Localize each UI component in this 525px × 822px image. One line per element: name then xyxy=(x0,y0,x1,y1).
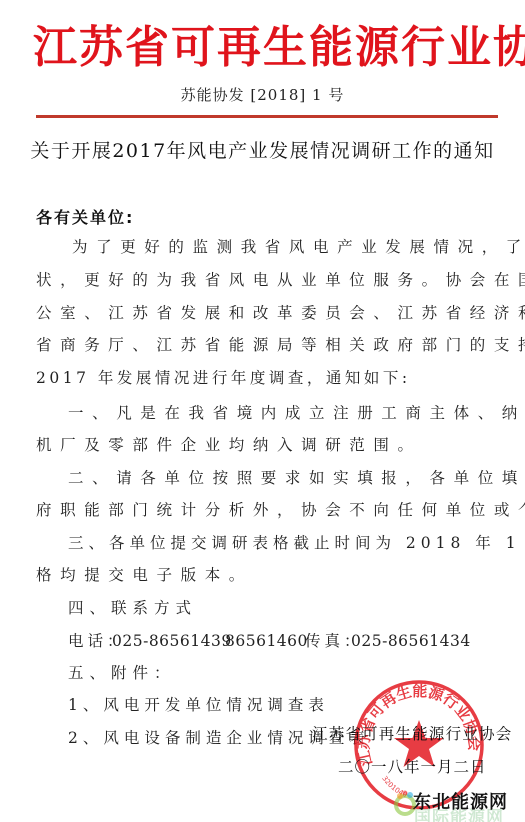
signature-org: 江苏省可再生能源行业协会 xyxy=(312,724,512,744)
body-line: 二、请各单位按照要求如实填报，各单位填报的数据除供有关政 xyxy=(68,468,525,488)
org-letterhead-title: 江苏省可再生能源行业协会 xyxy=(33,22,503,74)
signature-date: 二〇一八年一月二日 xyxy=(338,757,487,777)
document-number: 苏能协发 [2018] 1 号 xyxy=(0,86,525,104)
contact-heading: 四、联系方式 xyxy=(68,598,197,618)
body-line: 状，更好的为我省风电从业单位服务。协会在国家能源局江苏监管办 xyxy=(36,270,525,290)
body-line: 省商务厅、江苏省能源局等相关政府部门的支持下，对全省风电产业 xyxy=(36,335,525,355)
attachment-item: 1、风电开发单位情况调查表 xyxy=(68,695,329,715)
watermark-text: 东北能源网 xyxy=(413,788,508,814)
document-subject: 关于开展2017年风电产业发展情况调研工作的通知 xyxy=(0,139,525,163)
letterhead-divider xyxy=(36,115,498,118)
salutation: 各有关单位: xyxy=(36,208,134,228)
body-line: 为了更好的监测我省风电产业发展情况，了解我省风电产业现 xyxy=(72,237,525,257)
attachments-heading: 五、附件： xyxy=(68,663,176,683)
body-line: 2017 年发展情况进行年度调查，通知如下: xyxy=(36,368,411,388)
fax-number: 025-86561434 xyxy=(351,631,471,651)
body-line: 机厂及零部件企业均纳入调研范围。 xyxy=(36,435,422,455)
body-line: 一、凡是在我省境内成立注册工商主体、纳税的风电开发商、整 xyxy=(68,403,525,423)
body-line: 公室、江苏省发展和改革委员会、江苏省经济和信息化委员会、江苏 xyxy=(36,303,525,323)
body-line: 三、各单位提交调研表格截止时间为 2018 年 1 月 31 日，所有表 xyxy=(68,533,525,553)
body-line: 格均提交电子版本。 xyxy=(36,565,253,585)
phone-number-2: 86561460 xyxy=(225,631,308,651)
phone-number-1: 025-86561439 xyxy=(112,631,232,651)
body-line: 府职能部门统计分析外，协会不向任何单位或个人提供。 xyxy=(36,500,525,520)
